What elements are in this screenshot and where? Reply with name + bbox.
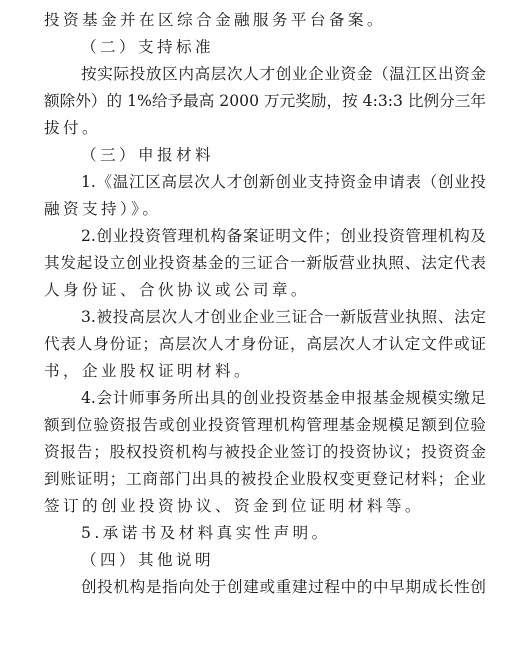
paragraph-line: 人身份证、合伙协议或公司章。 <box>44 277 486 304</box>
paragraph-line: 到账证明；工商部门出具的被投企业股权变更登记材料；企业 <box>44 466 486 493</box>
paragraph-line: 投资基金并在区综合金融服务平台备案。 <box>44 7 486 34</box>
paragraph-line: 资报告；股权投资机构与被投企业签订的投资协议；投资资金 <box>44 439 486 466</box>
list-item-1: 1.《温江区高层次人才创新创业支持资金申请表（创业投 <box>44 169 486 196</box>
paragraph-line: 按实际投放区内高层次人才创业企业资金（温江区出资金 <box>44 61 486 88</box>
paragraph-line: 创投机构是指向处于创建或重建过程中的中早期成长性创 <box>44 574 486 601</box>
section-heading-support-standard: （二）支持标准 <box>44 34 486 61</box>
paragraph-line: 融资支持）》。 <box>44 196 486 223</box>
section-heading-other-notes: （四）其他说明 <box>44 547 486 574</box>
list-item-5: 5.承诺书及材料真实性声明。 <box>44 520 486 547</box>
list-item-2: 2.创业投资管理机构备案证明文件；创业投资管理机构及 <box>44 223 486 250</box>
paragraph-line: 拔付。 <box>44 115 486 142</box>
list-item-3: 3.被投高层次人才创业企业三证合一新版营业执照、法定 <box>44 304 486 331</box>
list-item-4: 4.会计师事务所出具的创业投资基金申报基金规模实缴足 <box>44 385 486 412</box>
document-page: 投资基金并在区综合金融服务平台备案。 （二）支持标准 按实际投放区内高层次人才创… <box>44 7 486 601</box>
paragraph-line: 代表人身份证；高层次人才身份证，高层次人才认定文件或证 <box>44 331 486 358</box>
paragraph-line: 额到位验资报告或创业投资管理机构管理基金规模足额到位验 <box>44 412 486 439</box>
paragraph-line: 书，企业股权证明材料。 <box>44 358 486 385</box>
paragraph-line: 额除外）的 1%给予最高 2000 万元奖励，按 4:3:3 比例分三年 <box>44 88 486 115</box>
section-heading-application-materials: （三）申报材料 <box>44 142 486 169</box>
paragraph-line: 其发起设立创业投资基金的三证合一新版营业执照、法定代表 <box>44 250 486 277</box>
paragraph-line: 签订的创业投资协议、资金到位证明材料等。 <box>44 493 486 520</box>
